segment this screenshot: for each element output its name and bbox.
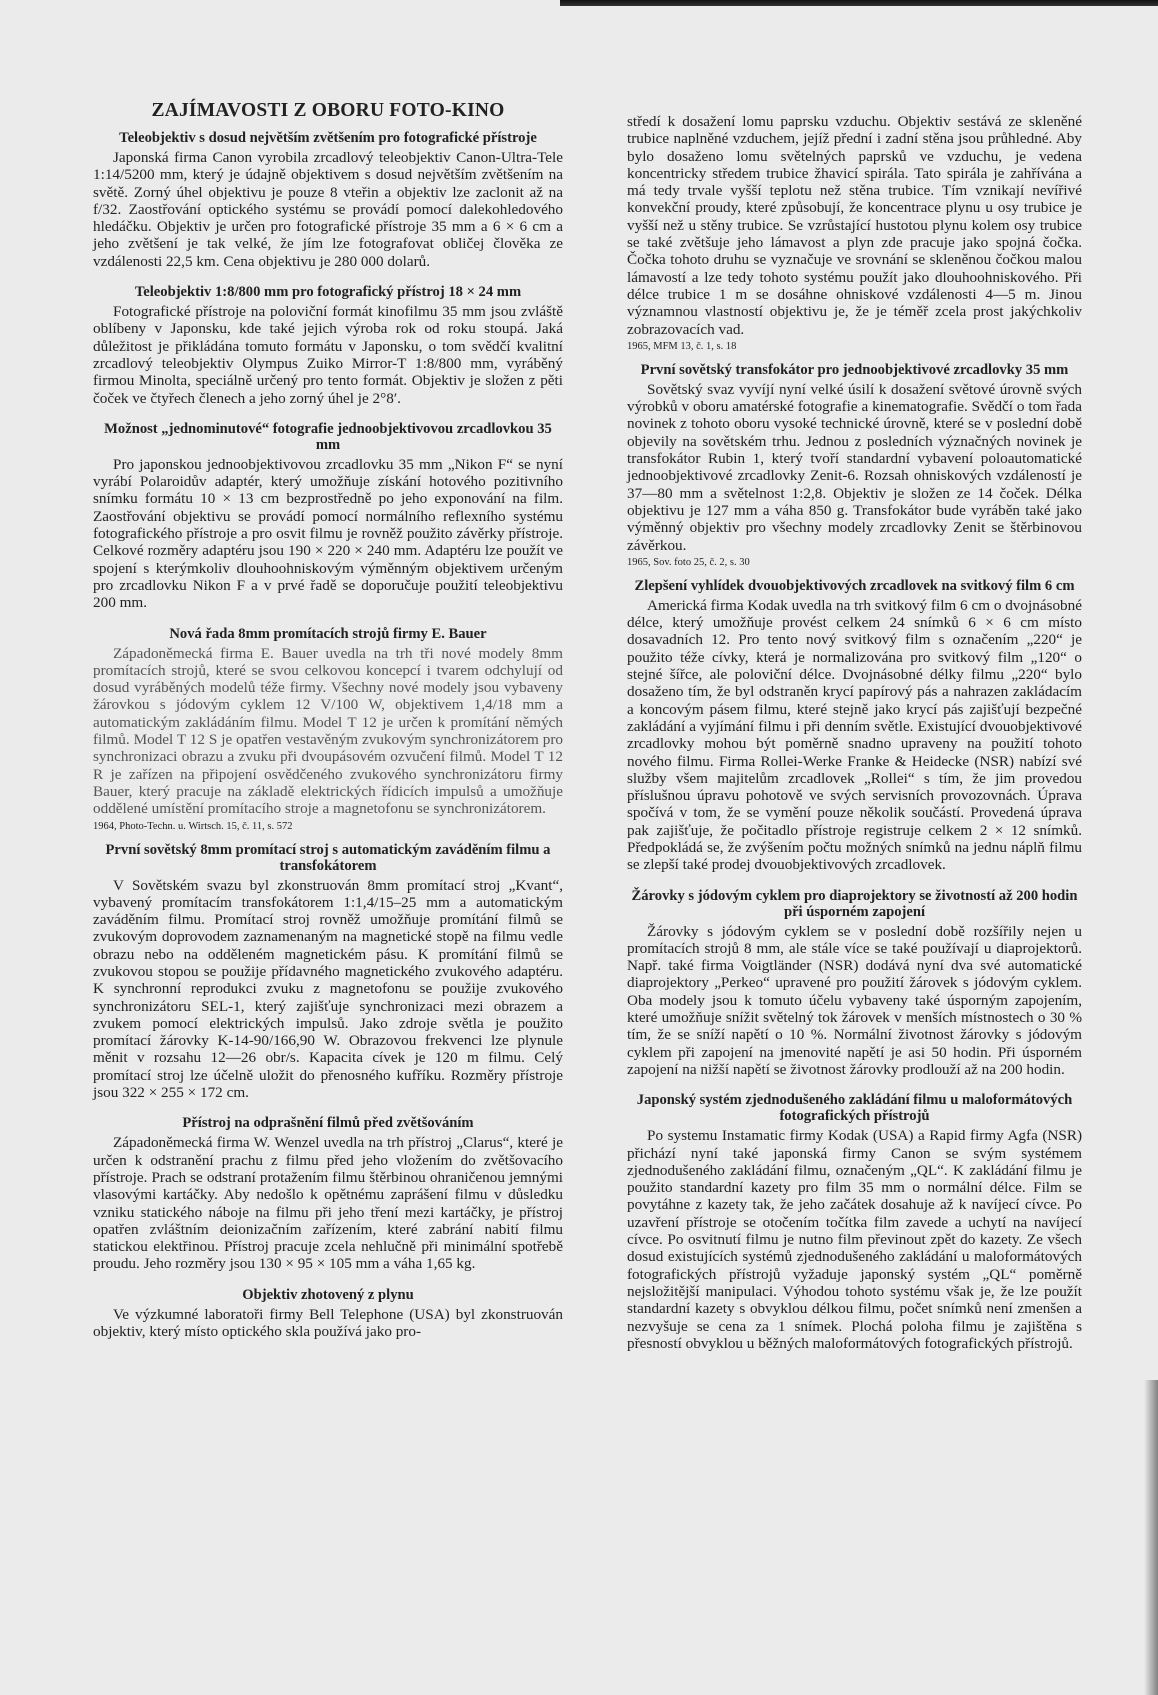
article-source: 1964, Photo-Techn. u. Wirtsch. 15, č. 11… <box>93 821 563 832</box>
article-heading: Japonský systém zjednodušeného zakládání… <box>627 1092 1082 1124</box>
article-heading: První sovětský 8mm promítací stroj s aut… <box>93 842 563 874</box>
article-source: 1965, Sov. foto 25, č. 2, s. 30 <box>627 557 1082 568</box>
article-body: Americká firma Kodak uvedla na trh svitk… <box>627 597 1082 874</box>
article-canon-ql-system: Japonský systém zjednodušeného zakládání… <box>627 1092 1082 1352</box>
article-heading: Možnost „jednominutové“ fotografie jedno… <box>93 421 563 453</box>
article-heading: Zlepšení vyhlídek dvouobjektivových zrca… <box>627 578 1082 594</box>
article-body: Západoněmecká firma W. Wenzel uvedla na … <box>93 1134 563 1272</box>
article-220-roll-film: Zlepšení vyhlídek dvouobjektivových zrca… <box>627 578 1082 874</box>
article-body: Ve výzkumné laboratoři firmy Bell Teleph… <box>93 1306 563 1341</box>
article-body: Sovětský svaz vyvíjí nyní velké úsilí k … <box>627 381 1082 554</box>
article-gas-lens-continued: středí k dosažení lomu paprsku vzduchu. … <box>627 113 1082 352</box>
article-heading: Teleobjektiv 1:8/800 mm pro fotografický… <box>93 284 563 300</box>
magazine-page: ZAJÍMAVOSTI Z OBORU FOTO-KINO Teleobjekt… <box>0 0 1158 1695</box>
article-heading: První sovětský transfokátor pro jednoobj… <box>627 362 1082 378</box>
article-body: Pro japonskou jednoobjektivovou zrcadlov… <box>93 456 563 612</box>
right-column: středí k dosažení lomu paprsku vzduchu. … <box>627 113 1082 1366</box>
article-clarus-dust-remover: Přístroj na odprašnění filmů před zvětšo… <box>93 1115 563 1272</box>
article-olympus-teleobjektiv: Teleobjektiv 1:8/800 mm pro fotografický… <box>93 284 563 407</box>
article-heading: Přístroj na odprašnění filmů před zvětšo… <box>93 1115 563 1131</box>
article-polaroid-adapter: Možnost „jednominutové“ fotografie jedno… <box>93 421 563 612</box>
article-heading: Nová řada 8mm promítacích strojů firmy E… <box>93 626 563 642</box>
article-body: Žárovky s jódovým cyklem se v poslední d… <box>627 923 1082 1079</box>
article-gas-lens: Objektiv zhotovený z plynu Ve výzkumné l… <box>93 1287 563 1341</box>
article-heading: Objektiv zhotovený z plynu <box>93 1287 563 1303</box>
article-canon-teleobjektiv: Teleobjektiv s dosud největším zvětšením… <box>93 130 563 270</box>
article-body: středí k dosažení lomu paprsku vzduchu. … <box>627 113 1082 338</box>
article-body: Fotografické přístroje na poloviční form… <box>93 303 563 407</box>
article-source: 1965, MFM 13, č. 1, s. 18 <box>627 341 1082 352</box>
article-iodine-lamps: Žárovky s jódovým cyklem pro diaprojekto… <box>627 888 1082 1079</box>
article-heading: Teleobjektiv s dosud největším zvětšením… <box>93 130 563 146</box>
article-body: V Sovětském svazu byl zkonstruován 8mm p… <box>93 877 563 1102</box>
article-rubin-zoom: První sovětský transfokátor pro jednoobj… <box>627 362 1082 568</box>
article-bauer-projectors: Nová řada 8mm promítacích strojů firmy E… <box>93 626 563 832</box>
article-body: Západoněmecká firma E. Bauer uvedla na t… <box>93 645 563 818</box>
article-body: Po systemu Instamatic firmy Kodak (USA) … <box>627 1127 1082 1352</box>
left-column: ZAJÍMAVOSTI Z OBORU FOTO-KINO Teleobjekt… <box>93 100 563 1354</box>
article-body: Japonská firma Canon vyrobila zrcadlový … <box>93 149 563 270</box>
article-kvant-projector: První sovětský 8mm promítací stroj s aut… <box>93 842 563 1102</box>
page-title: ZAJÍMAVOSTI Z OBORU FOTO-KINO <box>93 100 563 122</box>
article-heading: Žárovky s jódovým cyklem pro diaprojekto… <box>627 888 1082 920</box>
